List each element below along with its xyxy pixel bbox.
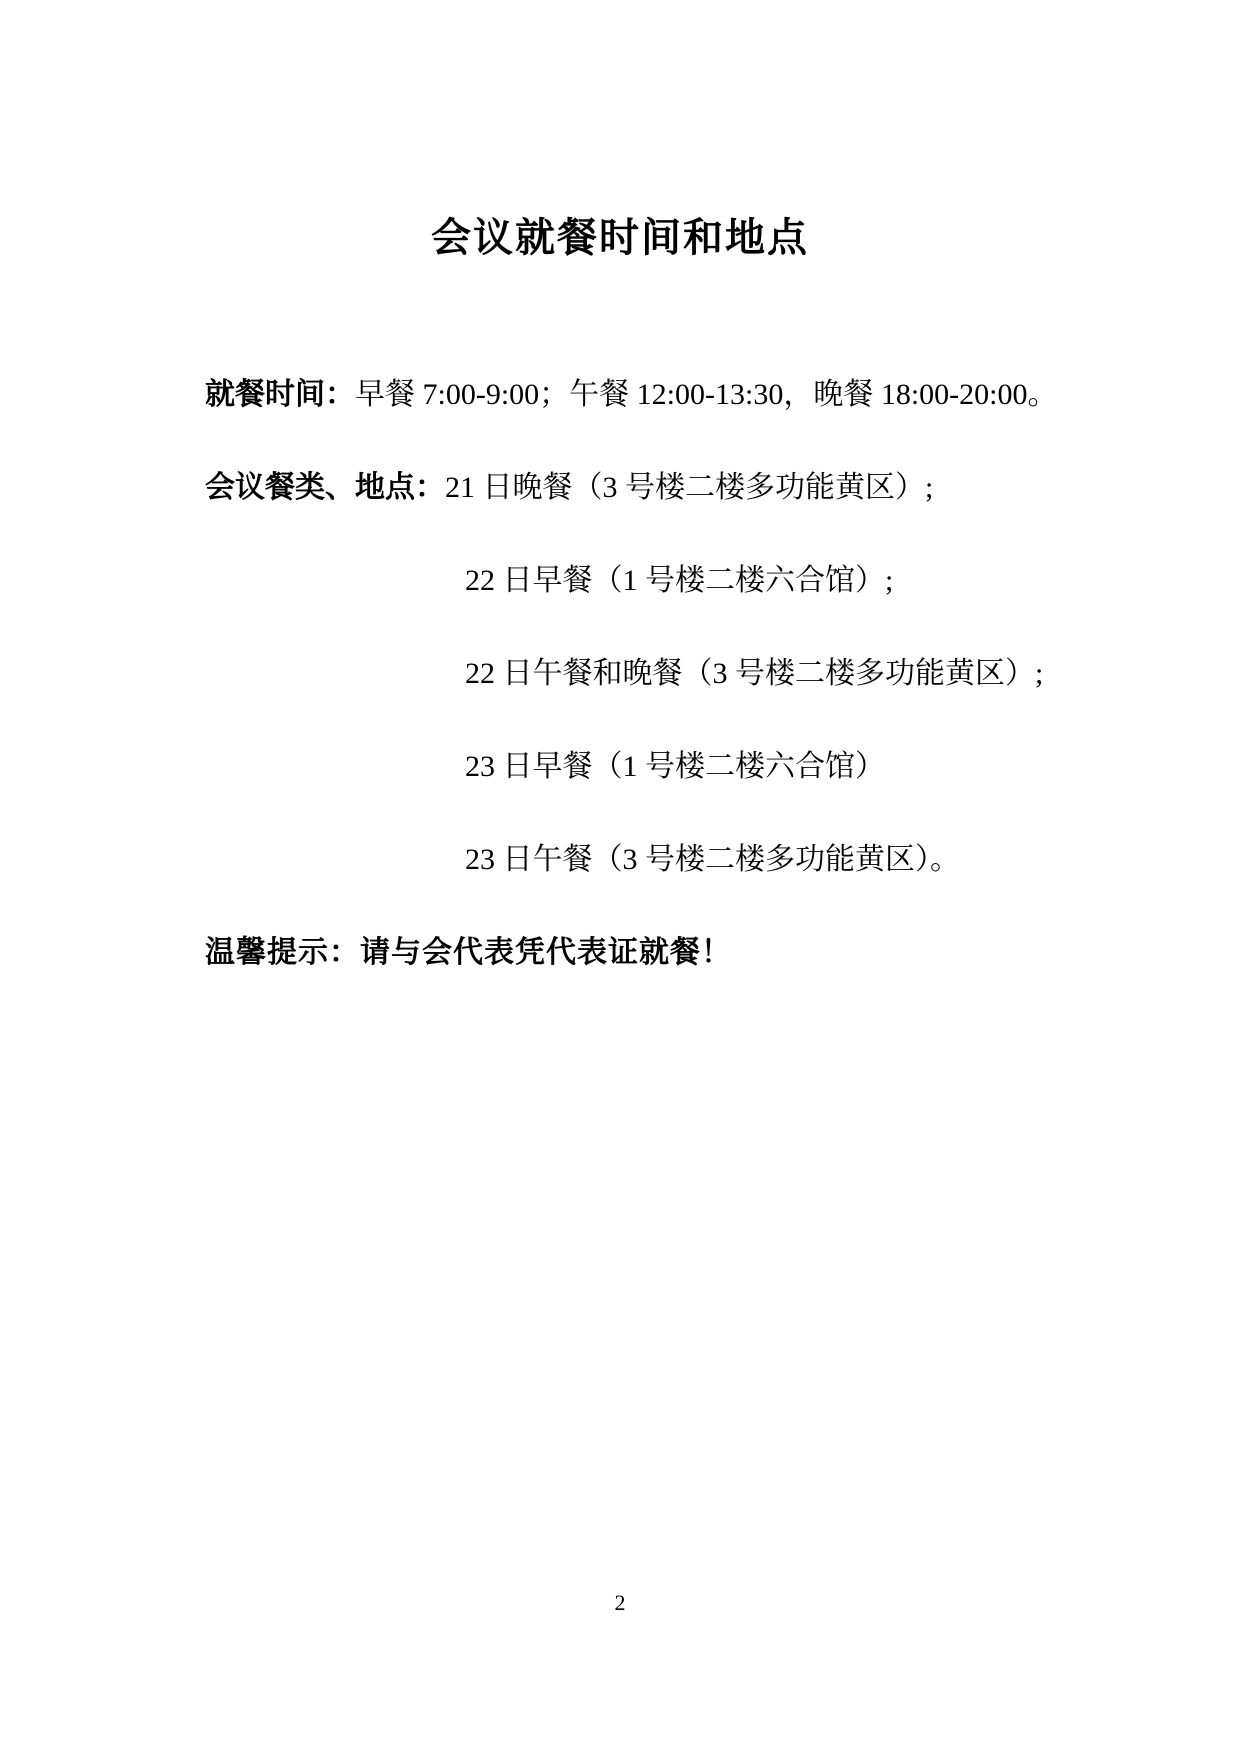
- meal-location-item: 22 日午餐和晚餐（3 号楼二楼多功能黄区）;: [205, 657, 1090, 691]
- notice-line: 温馨提示：请与会代表凭代表证就餐！: [205, 936, 1090, 970]
- page-number: 2: [0, 1588, 1240, 1618]
- dining-time-label: 就餐时间：: [205, 378, 355, 411]
- document-body: 就餐时间：早餐 7:00-9:00；午餐 12:00-13:30，晚餐 18:0…: [0, 378, 1240, 970]
- meal-location-line: 会议餐类、地点：21 日晚餐（3 号楼二楼多功能黄区）;: [205, 471, 1090, 505]
- meal-location-label: 会议餐类、地点：: [205, 471, 445, 504]
- dining-time-text: 早餐 7:00-9:00；午餐 12:00-13:30，晚餐 18:00-20:…: [355, 378, 1057, 411]
- meal-location-item: 22 日早餐（1 号楼二楼六合馆）;: [205, 564, 1090, 598]
- meal-location-first-item: 21 日晚餐（3 号楼二楼多功能黄区）;: [445, 471, 933, 504]
- page-title: 会议就餐时间和地点: [0, 0, 1240, 266]
- dining-time-line: 就餐时间：早餐 7:00-9:00；午餐 12:00-13:30，晚餐 18:0…: [205, 378, 1090, 412]
- meal-location-item: 23 日早餐（1 号楼二楼六合馆）: [205, 750, 1090, 784]
- document-page: 会议就餐时间和地点 就餐时间：早餐 7:00-9:00；午餐 12:00-13:…: [0, 0, 1240, 1754]
- meal-location-item: 23 日午餐（3 号楼二楼多功能黄区）。: [205, 843, 1090, 877]
